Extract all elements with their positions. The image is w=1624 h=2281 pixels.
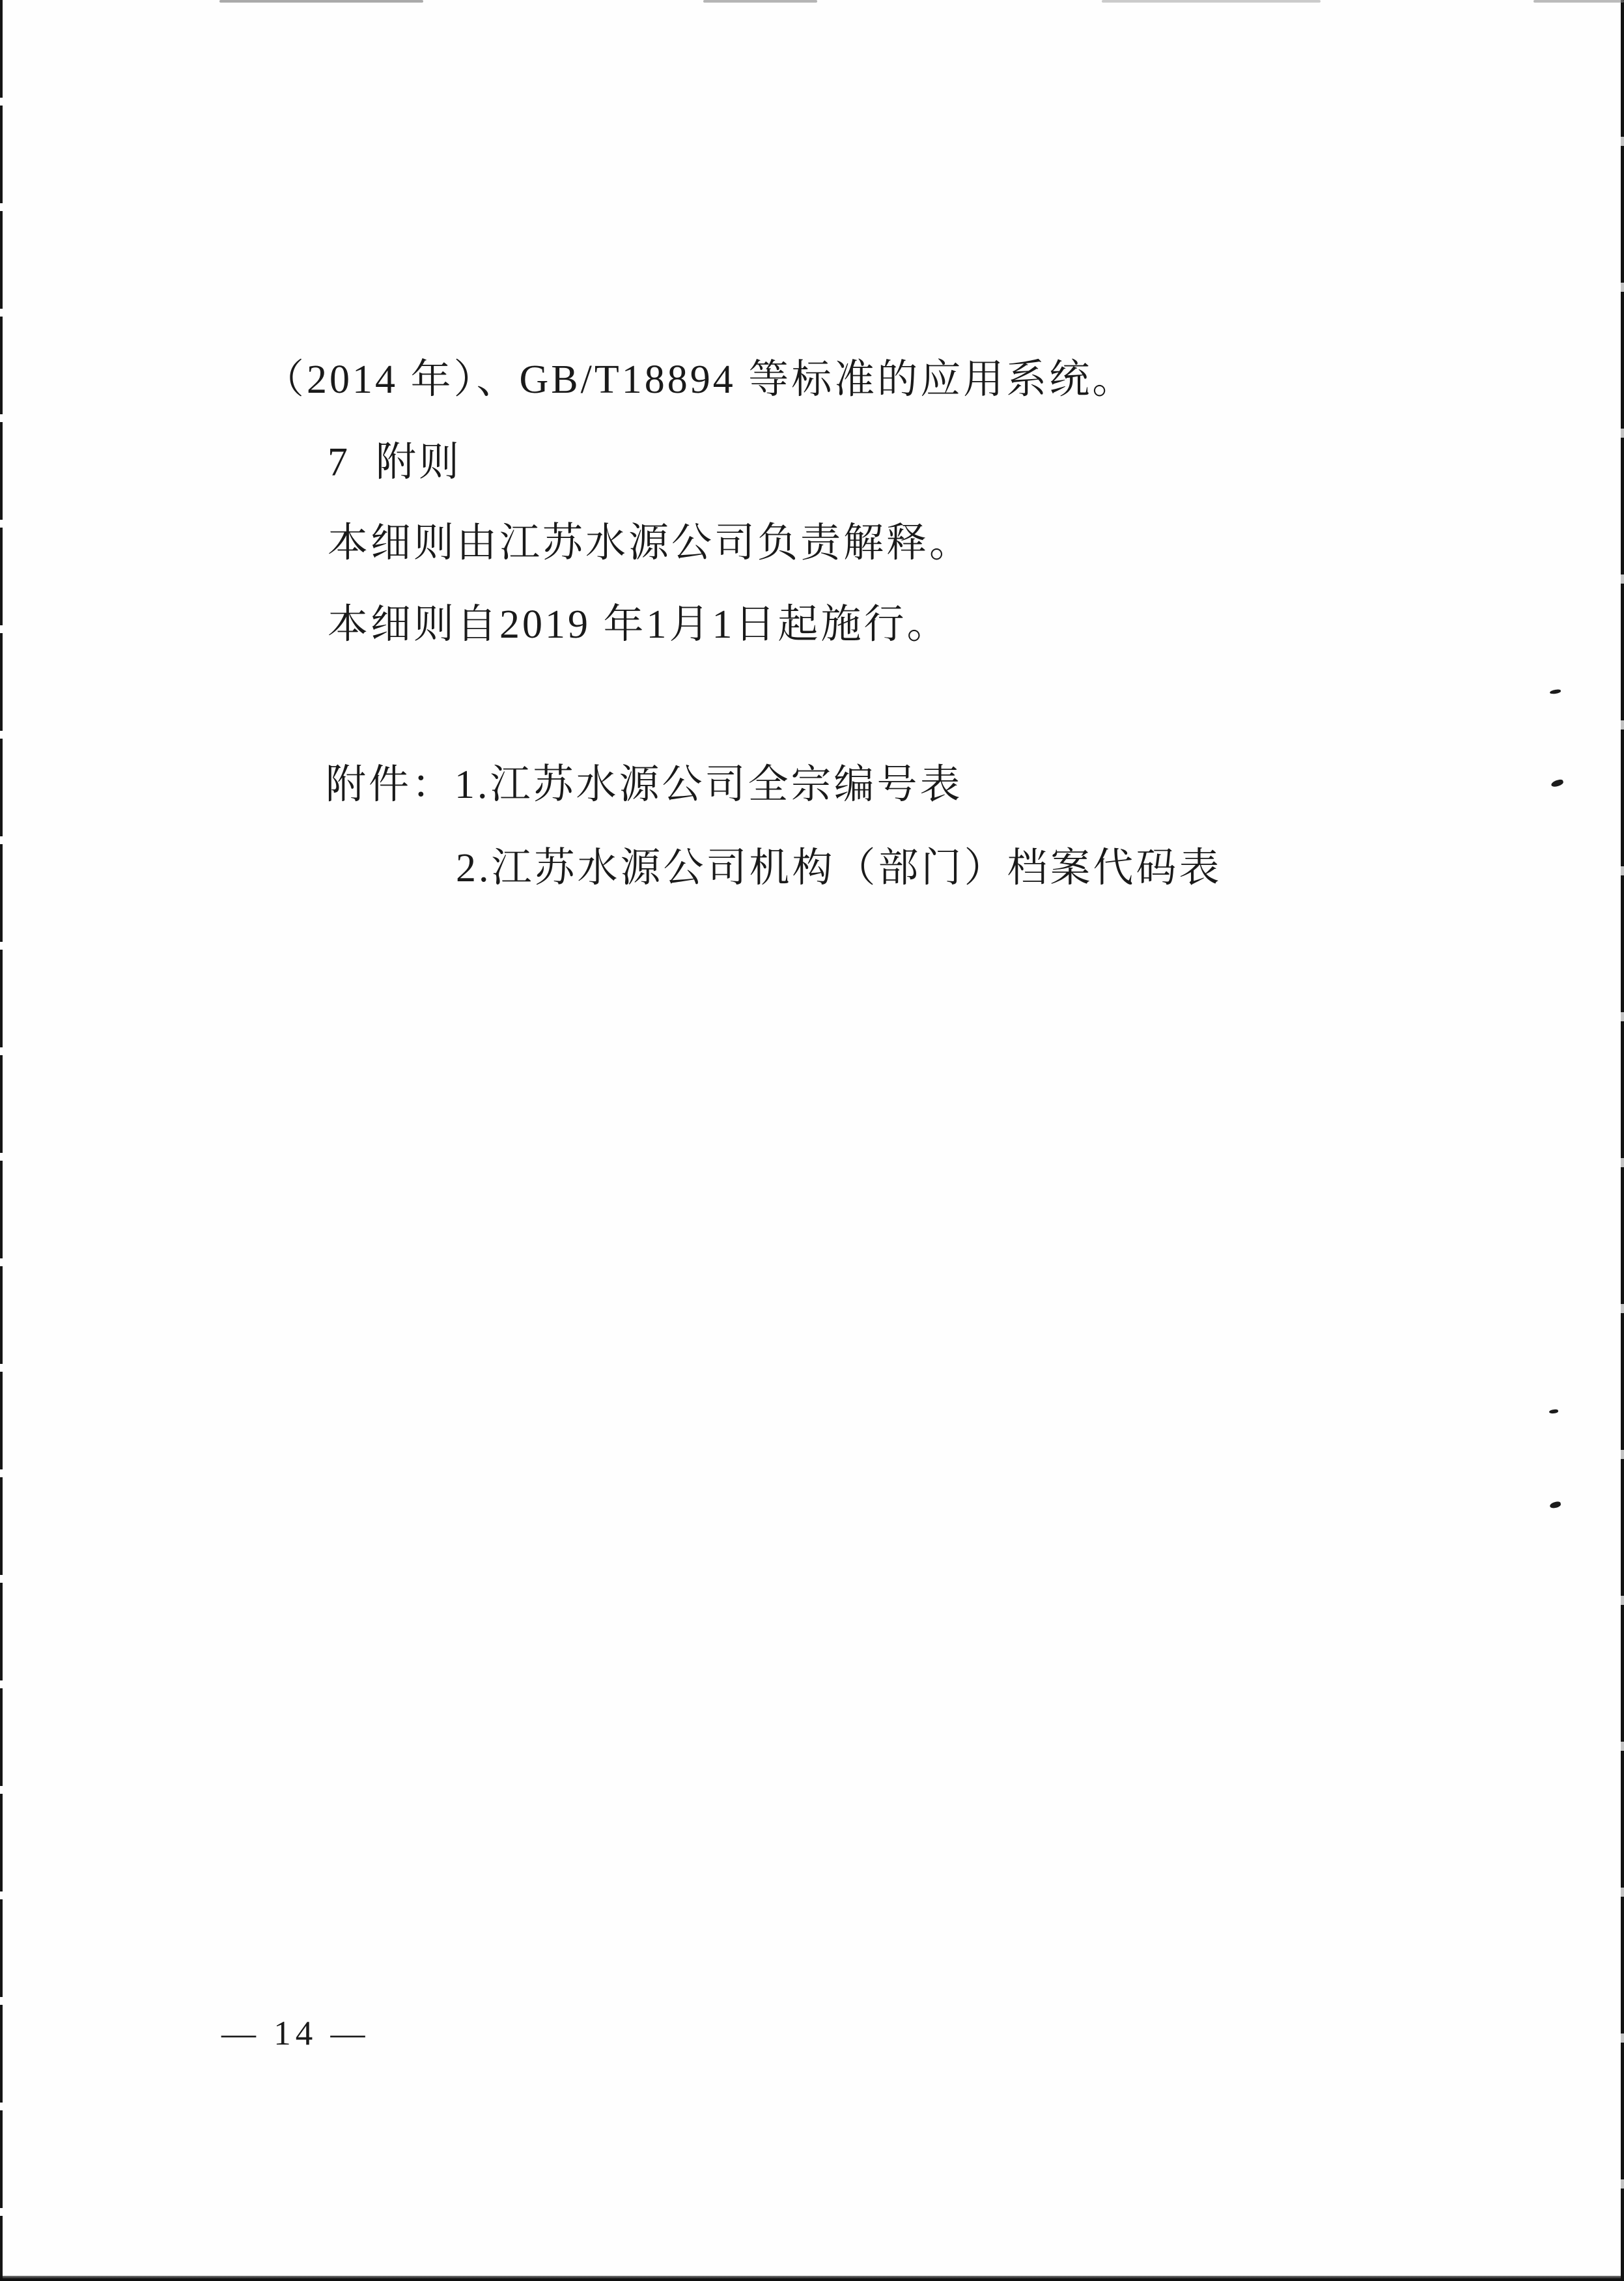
attachment-line-1: 附件：1.江苏水源公司全宗编号表 [326,762,963,808]
effective-date-clause: 本细则自2019 年1月1日起施行。 [328,602,950,647]
scan-edge-bottom [0,2276,1624,2281]
scan-speck [1550,689,1561,694]
document-page: （2014 年）、GB/T18894 等标准的应用系统。 7 附则 本细则由江苏… [0,0,1624,2281]
attachment-item-2: 2.江苏水源公司机构（部门）档案代码表 [456,845,1222,891]
page-number: — 14 — [221,2015,370,2052]
scan-edge-top-segment [1533,0,1624,3]
body-line-continuation: （2014 年）、GB/T18894 等标准的应用系统。 [264,357,1135,403]
scan-edge-left [0,0,3,2281]
attachment-item-1: 1.江苏水源公司全宗编号表 [455,763,963,807]
scan-edge-top-segment [703,0,817,3]
scan-speck [1549,1501,1561,1509]
scan-edge-top-segment [1102,0,1321,3]
scan-speck [1549,1409,1558,1413]
scan-edge-right [1621,0,1624,2281]
scan-speck [1550,779,1564,788]
section-heading: 7 附则 [328,440,462,485]
scan-edge-top-segment [219,0,423,3]
interpretation-clause: 本细则由江苏水源公司负责解释。 [328,520,972,566]
attachments-label: 附件： [326,763,455,807]
